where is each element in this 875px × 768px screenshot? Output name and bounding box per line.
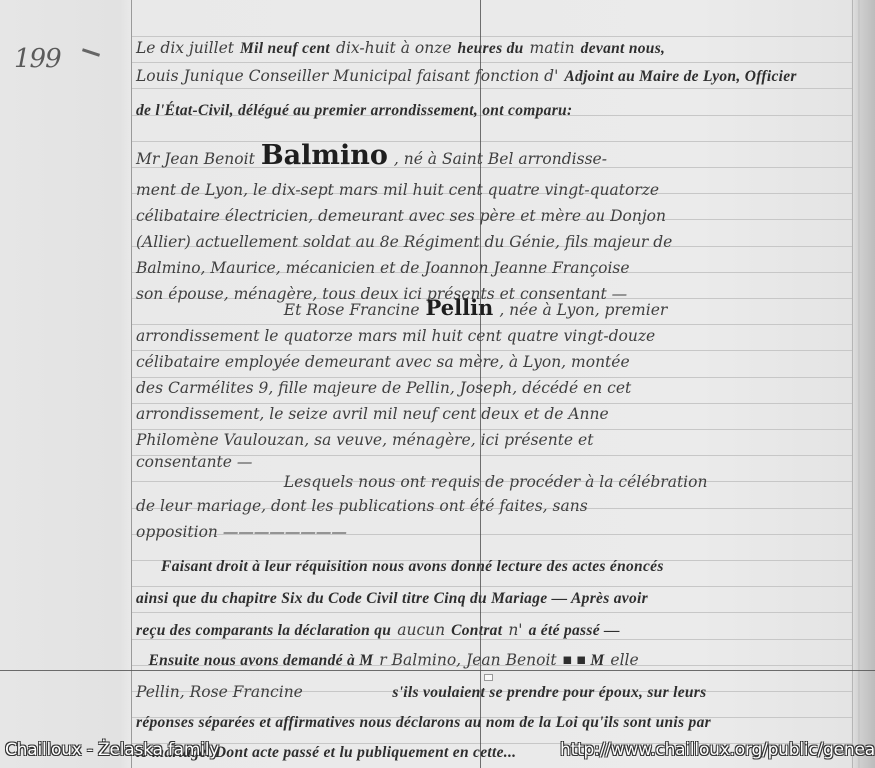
handwritten-text: , né à Saint Bel arrondisse- (394, 150, 607, 168)
record-line: de leur mariage, dont les publications o… (136, 496, 588, 516)
watermark-family: Chailloux - Żelaska family (5, 740, 219, 760)
printed-text: Contrat (451, 622, 502, 639)
record-line: célibataire employée demeurant avec sa m… (136, 352, 630, 372)
printed-text: s'ils voulaient se prendre pour époux, s… (309, 684, 707, 701)
handwritten-text: , née à Lyon, premier (499, 301, 667, 319)
printed-text: réponses séparées et affirmatives nous d… (136, 714, 711, 731)
ruled-line (132, 88, 852, 89)
handwritten-text: Lesquels nous ont requis de procéder à l… (136, 473, 707, 491)
record-line: Louis Junique Conseiller Municipal faisa… (136, 66, 797, 87)
handwritten-text: arrondissement le quatorze mars mil huit… (136, 327, 655, 345)
printed-text: Mil neuf cent (240, 40, 330, 57)
record-line: arrondissement le quatorze mars mil huit… (136, 326, 655, 346)
printed-text: a été passé — (529, 622, 620, 639)
record-line: de l'État-Civil, délégué au premier arro… (136, 100, 572, 121)
record-line: Le dix juilletMil neuf centdix-huit à on… (136, 38, 665, 59)
record-line: réponses séparées et affirmatives nous d… (136, 712, 711, 733)
handwritten-text: matin (530, 39, 575, 57)
handwritten-text: consentante — (136, 453, 252, 471)
record-line: arrondissement, le seize avril mil neuf … (136, 404, 609, 424)
watermark-url[interactable]: http://www.chailloux.org/public/geneal/ (560, 740, 875, 760)
record-line: (Allier) actuellement soldat au 8e Régim… (136, 232, 672, 252)
handwritten-text: ment de Lyon, le dix-sept mars mil huit … (136, 181, 659, 199)
printed-text: Faisant droit à leur réquisition nous av… (136, 558, 664, 575)
record-line: Lesquels nous ont requis de procéder à l… (136, 472, 707, 492)
record-line: Philomène Vaulouzan, sa veuve, ménagère,… (136, 430, 593, 450)
record-line: Ensuite nous avons demandé à Mr Balmino,… (136, 650, 639, 671)
handwritten-text: opposition ———————— (136, 523, 347, 541)
handwritten-text: r Balmino, Jean Benoit (379, 651, 556, 669)
record-line: célibataire électricien, demeurant avec … (136, 206, 666, 226)
handwritten-text: Pellin, Rose Francine (136, 683, 303, 701)
record-line: consentante — (136, 452, 252, 472)
handwritten-text: célibataire employée demeurant avec sa m… (136, 353, 630, 371)
crosshair-horizontal (0, 670, 875, 671)
printed-text: de l'État-Civil, délégué au premier arro… (136, 102, 572, 119)
page-edge (858, 0, 860, 768)
record-line: Pellin, Rose Francine s'ils voulaient se… (136, 682, 706, 703)
handwritten-text: célibataire électricien, demeurant avec … (136, 207, 666, 225)
handwritten-text: de leur mariage, dont les publications o… (136, 497, 588, 515)
handwritten-text: dix-huit à onze (336, 39, 452, 57)
handwritten-text: Le dix juillet (136, 39, 234, 57)
handwritten-text: Et Rose Francine (136, 301, 420, 319)
handwritten-text: (Allier) actuellement soldat au 8e Régim… (136, 233, 672, 251)
handwritten-text: elle (610, 651, 638, 669)
cursor-icon (484, 674, 493, 681)
ruled-line (132, 612, 852, 613)
surname: Pellin (426, 295, 494, 320)
ruled-line (132, 141, 852, 142)
entry-number: 199 (14, 44, 61, 74)
record-line: Balmino, Maurice, mécanicien et de Joann… (136, 258, 630, 278)
printed-text: ■ ■ M (563, 652, 605, 669)
right-margin-rule (852, 0, 853, 768)
handwritten-text: Louis Junique Conseiller Municipal faisa… (136, 67, 558, 85)
ruled-line (132, 36, 852, 37)
record-line: reçu des comparants la déclaration quauc… (136, 620, 620, 641)
record-line: Et Rose FrancinePellin, née à Lyon, prem… (136, 298, 667, 320)
ruled-line (132, 62, 852, 63)
printed-text: ainsi que du chapitre Six du Code Civil … (136, 590, 648, 607)
printed-text: Adjoint au Maire de Lyon, Officier (564, 68, 796, 85)
surname: Balmino (261, 140, 388, 171)
entry-dash-mark (82, 48, 100, 56)
handwritten-text: aucun (397, 621, 445, 639)
record-line: ainsi que du chapitre Six du Code Civil … (136, 588, 648, 609)
printed-text: Ensuite nous avons demandé à M (136, 652, 373, 669)
printed-text: heures du (458, 40, 524, 57)
record-line: opposition ———————— (136, 522, 347, 542)
record-line: ment de Lyon, le dix-sept mars mil huit … (136, 180, 659, 200)
handwritten-text: Balmino, Maurice, mécanicien et de Joann… (136, 259, 630, 277)
printed-text: reçu des comparants la déclaration qu (136, 622, 391, 639)
printed-text: devant nous, (581, 40, 666, 57)
handwritten-text: Philomène Vaulouzan, sa veuve, ménagère,… (136, 431, 593, 449)
handwritten-text: arrondissement, le seize avril mil neuf … (136, 405, 609, 423)
handwritten-text: des Carmélites 9, fille majeure de Pelli… (136, 379, 631, 397)
record-line: des Carmélites 9, fille majeure de Pelli… (136, 378, 631, 398)
record-line: Faisant droit à leur réquisition nous av… (136, 556, 664, 577)
record-line: Mr Jean BenoitBalmino, né à Saint Bel ar… (136, 146, 607, 169)
handwritten-text: Mr Jean Benoit (136, 150, 255, 168)
handwritten-text: n' (508, 621, 522, 639)
crosshair-vertical (480, 0, 481, 768)
document-scan: 199 Le dix juilletMil neuf centdix-huit … (0, 0, 875, 768)
